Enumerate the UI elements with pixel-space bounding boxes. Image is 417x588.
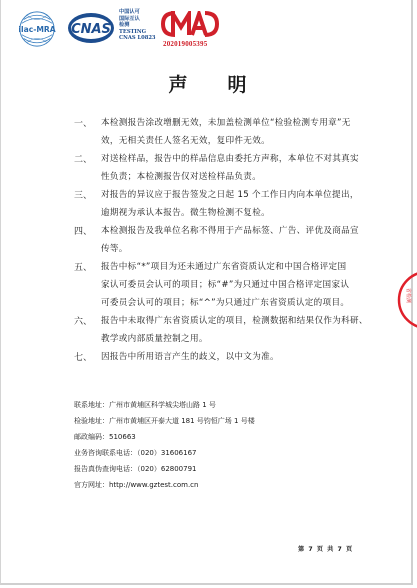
clause-text-line: 对送检样品，报告中的样品信息由委托方声称，本单位不对其真实 — [101, 152, 359, 164]
contact-label: 官方网址： — [74, 481, 109, 489]
cma-certificate-number: 202019005395 — [163, 40, 207, 48]
clause-number: 三、 — [74, 188, 92, 201]
svg-text:省检测: 省检测 — [405, 288, 412, 303]
clause-text-line: 本检测报告涂改增删无效，未加盖检测单位“检验检测专用章”无 — [101, 116, 351, 128]
contact-value: （020）62800791 — [137, 465, 197, 473]
clause-number: 五、 — [74, 260, 92, 273]
accreditation-logos: ilac-MRA CNAS 中国认可 国际互认 检测 TESTING CNAS … — [1, 0, 414, 56]
clause-text-line: 传等。 — [101, 242, 128, 254]
svg-text:ilac-MRA: ilac-MRA — [18, 25, 55, 34]
clause-text-line: 教学或内部质量控制之用。 — [101, 332, 208, 344]
clause-text-line: 逾期视为承认本报告。微生物检测不复检。 — [101, 206, 270, 218]
business-phone: 业务咨询联系电话：（020）31606167 — [74, 448, 197, 458]
website-link[interactable]: http://www.gztest.com.cn — [109, 481, 198, 489]
cnas-logo-icon: CNAS — [67, 11, 115, 45]
clause-number: 一、 — [74, 116, 92, 129]
clause-number: 七、 — [74, 350, 92, 363]
contact-address: 联系地址：广州市黄埔区科学城尖塔山路 1 号 — [74, 400, 216, 410]
contact-value: 广州市黄埔区开泰大道 181 号钧恒广场 1 号楼 — [109, 417, 255, 425]
contact-value: （020）31606167 — [137, 449, 197, 457]
official-website: 官方网址：http://www.gztest.com.cn — [74, 480, 198, 490]
page-title: 声明 — [1, 70, 414, 97]
clause-text-line: 可委员会认可的项目；标“^”为只通过广东省资质认定的项目。 — [101, 296, 349, 308]
clause-number: 四、 — [74, 224, 92, 237]
contact-label: 业务咨询联系电话： — [74, 449, 137, 457]
contact-label: 检验地址： — [74, 417, 109, 425]
cnas-accreditation-text: 中国认可 国际互认 检测 TESTING CNAS L0823 — [119, 9, 156, 42]
clause-number: 六、 — [74, 314, 92, 327]
clause-text-line: 本检测报告及我单位名称不得用于产品标签、广告、评优及商品宣 — [101, 224, 359, 236]
svg-text:CNAS: CNAS — [71, 22, 111, 37]
clause-text-line: 因报告中所用语言产生的歧义，以中文为准。 — [101, 350, 279, 362]
page-number: 第 7 页 共 7 页 — [298, 544, 353, 553]
document-page: ilac-MRA CNAS 中国认可 国际互认 检测 TESTING CNAS … — [0, 0, 413, 585]
clause-text-line: 对报告的异议应于报告签发之日起 15 个工作日内向本单位提出， — [101, 188, 359, 200]
postal-code: 邮政编码：510663 — [74, 432, 136, 442]
contact-value: 广州市黄埔区科学城尖塔山路 1 号 — [109, 401, 216, 409]
contact-label: 报告真伪查询电话： — [74, 465, 137, 473]
official-seal-icon: 省检测 — [397, 270, 417, 330]
testing-address: 检验地址：广州市黄埔区开泰大道 181 号钧恒广场 1 号楼 — [74, 416, 255, 426]
verification-phone: 报告真伪查询电话：（020）62800791 — [74, 464, 197, 474]
contact-label: 邮政编码： — [74, 433, 109, 441]
clause-text-line: 报告中标“*”项目为还未通过广东省资质认定和中国合格评定国 — [101, 260, 346, 272]
ilac-mra-logo-icon: ilac-MRA — [18, 10, 56, 48]
clause-number: 二、 — [74, 152, 92, 165]
clause-text-line: 报告中未取得广东省资质认定的项目，检测数据和结果仅作为科研、 — [101, 314, 368, 326]
contact-value: 510663 — [109, 433, 136, 441]
clause-text-line: 效，无相关责任人签名无效，复印件无效。 — [101, 134, 270, 146]
clause-text-line: 家认可委员会认可的项目；标“#”为只通过中国合格评定国家认 — [101, 278, 349, 290]
clause-text-line: 性负责；本检测报告仅对送检样品负责。 — [101, 170, 261, 182]
cma-logo-icon — [161, 11, 219, 37]
contact-label: 联系地址： — [74, 401, 109, 409]
